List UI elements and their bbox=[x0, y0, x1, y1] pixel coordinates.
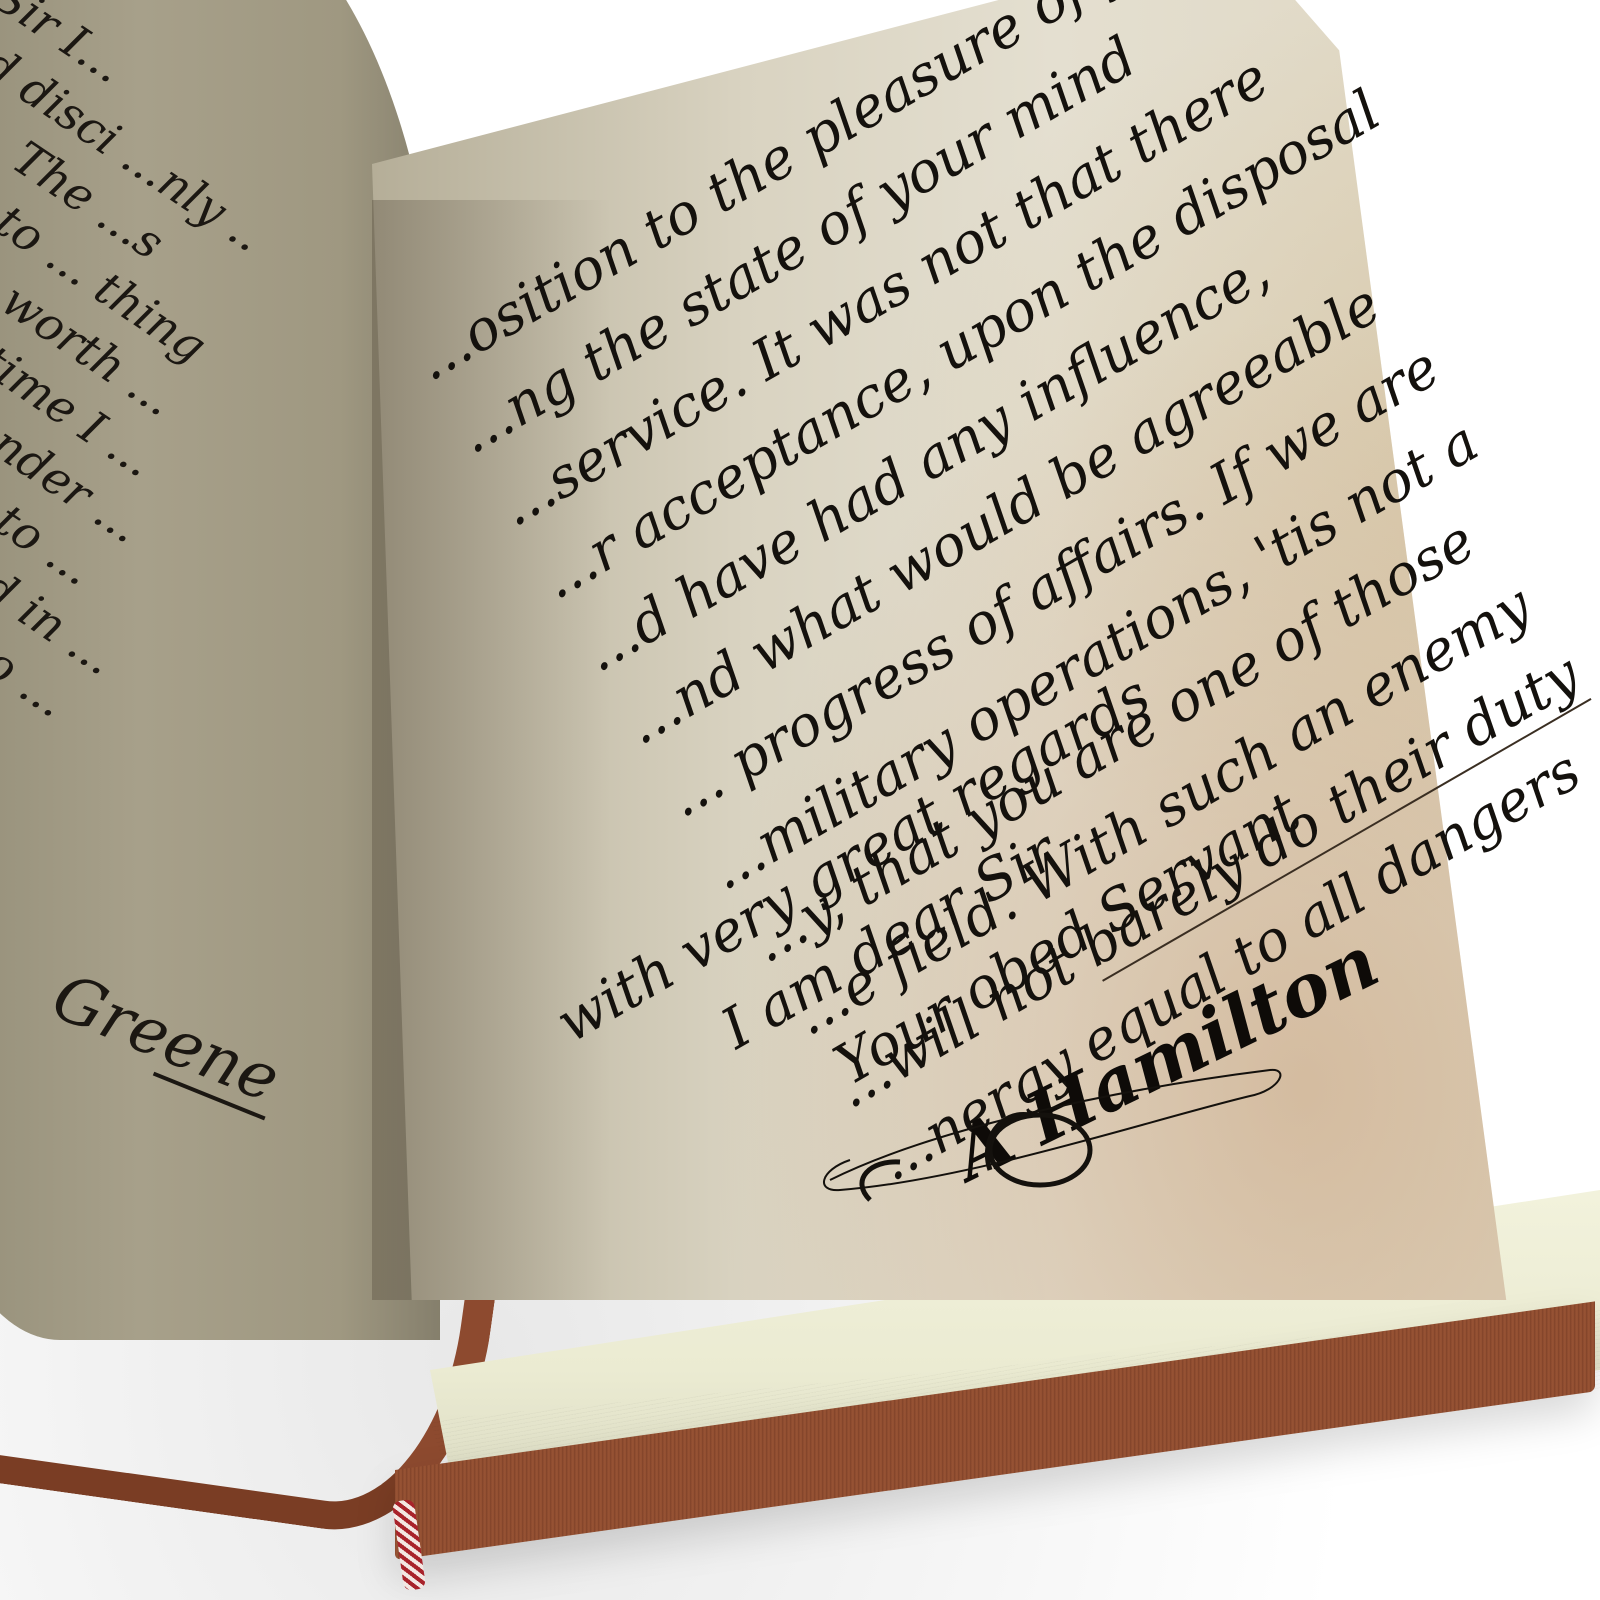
book-photo: ...Sir I... ...nd disci ...nly .. ... it… bbox=[0, 0, 1600, 1600]
signature-flourish-icon bbox=[810, 1030, 1290, 1210]
